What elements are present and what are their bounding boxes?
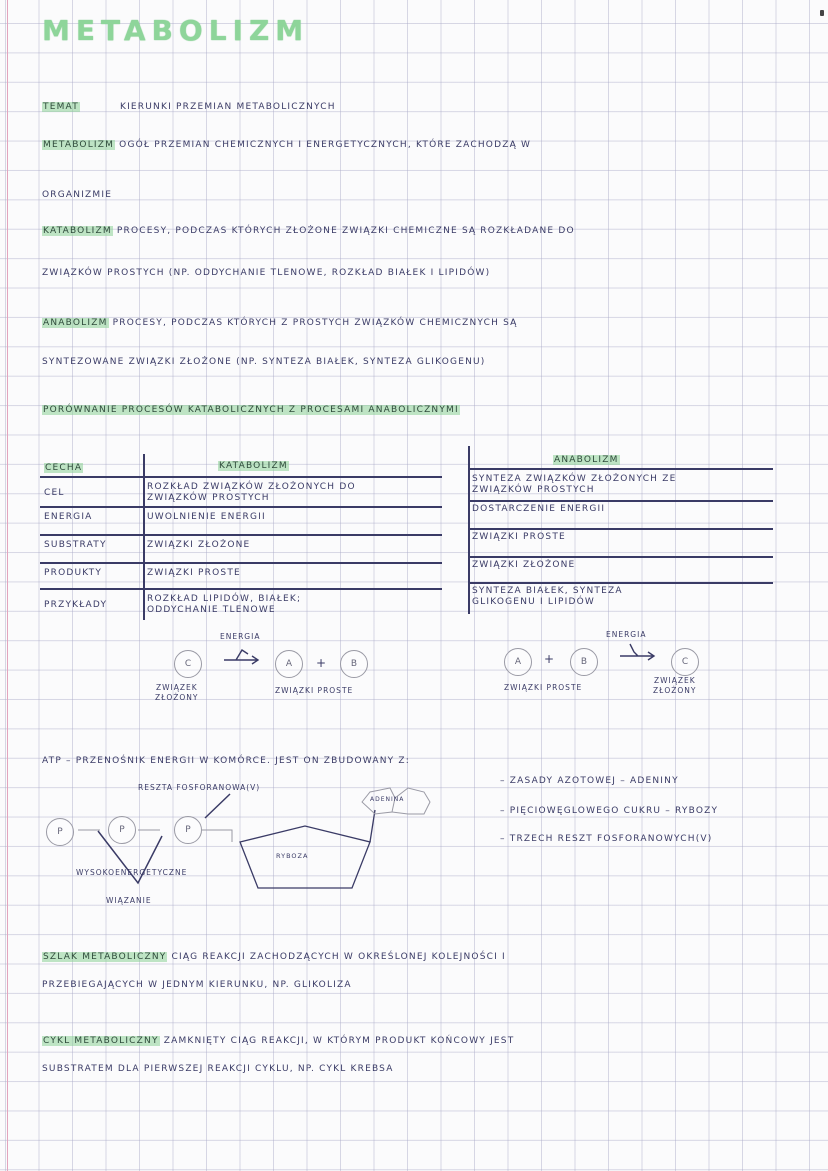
table-rule xyxy=(468,582,773,584)
table-cell-katabolizm: ZWIĄZKI PROSTE xyxy=(147,568,241,579)
table-cell-katabolizm: ROZKŁAD LIPIDÓW, BIAŁEK; xyxy=(147,594,301,605)
table-rule xyxy=(40,534,442,536)
definition-metabolizm: METABOLIZM OGÓŁ PRZEMIAN CHEMICZNYCH I E… xyxy=(42,140,531,150)
definition-text: CIĄG REAKCJI ZACHODZĄCYCH W OKREŚLONEJ K… xyxy=(172,952,506,962)
table-header-feature: CECHA xyxy=(44,463,83,474)
phosphate-residue-label: RESZTA FOSFORANOWA(V) xyxy=(138,783,260,792)
definition-text: PROCESY, PODCZAS KTÓRYCH ZŁOŻONE ZWIĄZKI… xyxy=(117,226,575,236)
phosphate-group: P xyxy=(108,816,136,844)
complex-compound-label: ZWIĄZEK xyxy=(654,676,696,685)
table-divider xyxy=(143,454,145,620)
table-cell-feature: PRZYKŁADY xyxy=(44,600,107,611)
complex-compound-label: ZWIĄZEK xyxy=(156,683,198,692)
table-cell-anabolizm: SYNTEZA ZWIĄZKÓW ZŁOŻONYCH ZE xyxy=(472,474,676,485)
compound-a: A xyxy=(504,648,532,676)
comparison-heading: PORÓWNANIE PROCESÓW KATABOLICZNYCH Z PRO… xyxy=(42,405,460,415)
complex-compound-label: ZŁOŻONY xyxy=(653,686,697,695)
table-rule xyxy=(468,468,773,470)
term: KATABOLIZM xyxy=(42,226,113,236)
complex-compound-label: ZŁOŻONY xyxy=(155,693,199,702)
definition-katabolizm: KATABOLIZM PROCESY, PODCZAS KTÓRYCH ZŁOŻ… xyxy=(42,226,575,236)
compound-c: C xyxy=(671,648,699,676)
definition-text: PROCESY, PODCZAS KTÓRYCH Z PROSTYCH ZWIĄ… xyxy=(113,318,518,328)
phosphate-group: P xyxy=(46,818,74,846)
table-cell-feature: ENERGIA xyxy=(44,512,93,523)
table-cell-feature: PRODUKTY xyxy=(44,568,102,579)
compound-b: B xyxy=(570,648,598,676)
table-cell-anabolizm: GLIKOGENU I LIPIDÓW xyxy=(472,597,595,608)
definition-anabolizm: ANABOLIZM PROCESY, PODCZAS KTÓRYCH Z PRO… xyxy=(42,318,517,328)
definition-text: ZAMKNIĘTY CIĄG REAKCJI, W KTÓRYM PRODUKT… xyxy=(164,1036,515,1046)
table-rule xyxy=(40,562,442,564)
topic-text: KIERUNKI PRZEMIAN METABOLICZNYCH xyxy=(120,102,336,112)
table-header-anabolizm: ANABOLIZM xyxy=(553,455,620,466)
bond-label: WYSOKOENERGETYCZNE xyxy=(76,868,187,877)
table-cell-katabolizm: ROZKŁAD ZWIĄZKÓW ZŁOŻONYCH DO xyxy=(147,482,356,493)
table-rule xyxy=(40,476,442,478)
table-rule xyxy=(40,506,442,508)
page-margin-line xyxy=(7,0,8,1171)
atp-component: – PIĘCIOWĘGLOWEGO CUKRU – RYBOZY xyxy=(500,806,718,816)
definition-continuation: PRZEBIEGAJĄCYCH W JEDNYM KIERUNKU, NP. G… xyxy=(42,980,352,990)
definition-text: OGÓŁ PRZEMIAN CHEMICZNYCH I ENERGETYCZNY… xyxy=(119,140,531,150)
table-cell-feature: SUBSTRATY xyxy=(44,540,107,551)
table-cell-anabolizm: SYNTEZA BIAŁEK, SYNTEZA xyxy=(472,586,623,597)
definition-szlak: SZLAK METABOLICZNY CIĄG REAKCJI ZACHODZĄ… xyxy=(42,952,506,962)
plus-sign: + xyxy=(544,652,555,666)
bond-label: WIĄZANIE xyxy=(106,896,152,905)
table-rule xyxy=(468,528,773,530)
definition-continuation: ZWIĄZKÓW PROSTYCH (NP. ODDYCHANIE TLENOW… xyxy=(42,268,490,278)
atp-component: – ZASADY AZOTOWEJ – ADENINY xyxy=(500,776,679,786)
table-cell-anabolizm: ZWIĄZKÓW PROSTYCH xyxy=(472,485,595,496)
table-cell-katabolizm: ZWIĄZKI ZŁOŻONE xyxy=(147,540,250,551)
plus-sign: + xyxy=(316,656,327,670)
definition-cykl: CYKL METABOLICZNY ZAMKNIĘTY CIĄG REAKCJI… xyxy=(42,1036,514,1046)
comparison-heading-text: PORÓWNANIE PROCESÓW KATABOLICZNYCH Z PRO… xyxy=(42,405,460,415)
compound-b: B xyxy=(340,650,368,678)
compound-a: A xyxy=(275,650,303,678)
simple-compounds-label: ZWIĄZKI PROSTE xyxy=(504,683,582,692)
arrow-icon xyxy=(222,646,262,666)
table-rule xyxy=(40,588,442,590)
table-cell-katabolizm: ODDYCHANIE TLENOWE xyxy=(147,605,276,616)
atp-definition: ATP – PRZENOŚNIK ENERGII W KOMÓRCE. JEST… xyxy=(42,756,410,766)
table-divider xyxy=(468,454,470,614)
term: METABOLIZM xyxy=(42,140,115,150)
table-cell-anabolizm: DOSTARCZENIE ENERGII xyxy=(472,504,605,515)
term: SZLAK METABOLICZNY xyxy=(42,952,167,962)
table-cell-katabolizm: UWOLNIENIE ENERGII xyxy=(147,512,266,523)
compound-c: C xyxy=(174,650,202,678)
energy-label: ENERGIA xyxy=(606,630,646,639)
definition-continuation: SUBSTRATEM DLA PIERWSZEJ REAKCJI CYKLU, … xyxy=(42,1064,394,1074)
topic-label: TEMAT xyxy=(42,102,80,112)
definition-continuation: SYNTEZOWANE ZWIĄZKI ZŁOŻONE (NP. SYNTEZA… xyxy=(42,357,486,367)
term: ANABOLIZM xyxy=(42,318,109,328)
table-rule xyxy=(468,556,773,558)
table-cell-feature: CEL xyxy=(44,488,65,499)
term: CYKL METABOLICZNY xyxy=(42,1036,160,1046)
table-header-katabolizm: KATABOLIZM xyxy=(218,461,289,472)
atp-component: – TRZECH RESZT FOSFORANOWYCH(V) xyxy=(500,834,713,844)
page-title: METABOLIZM xyxy=(42,14,309,47)
table-rule xyxy=(468,500,773,502)
corner-mark xyxy=(820,10,824,16)
adenine-label: ADENINA xyxy=(370,796,404,803)
topic-line: TEMAT KIERUNKI PRZEMIAN METABOLICZNYCH xyxy=(42,102,336,112)
arrow-icon xyxy=(618,642,658,662)
table-cell-anabolizm: ZWIĄZKI PROSTE xyxy=(472,532,566,543)
ribose-label: RYBOZA xyxy=(276,852,308,860)
table-cell-anabolizm: ZWIĄZKI ZŁOŻONE xyxy=(472,560,575,571)
energy-label: ENERGIA xyxy=(220,632,260,641)
simple-compounds-label: ZWIĄZKI PROSTE xyxy=(275,686,353,695)
definition-continuation: ORGANIZMIE xyxy=(42,190,112,200)
table-cell-katabolizm: ZWIĄZKÓW PROSTYCH xyxy=(147,493,270,504)
phosphate-group: P xyxy=(174,816,202,844)
